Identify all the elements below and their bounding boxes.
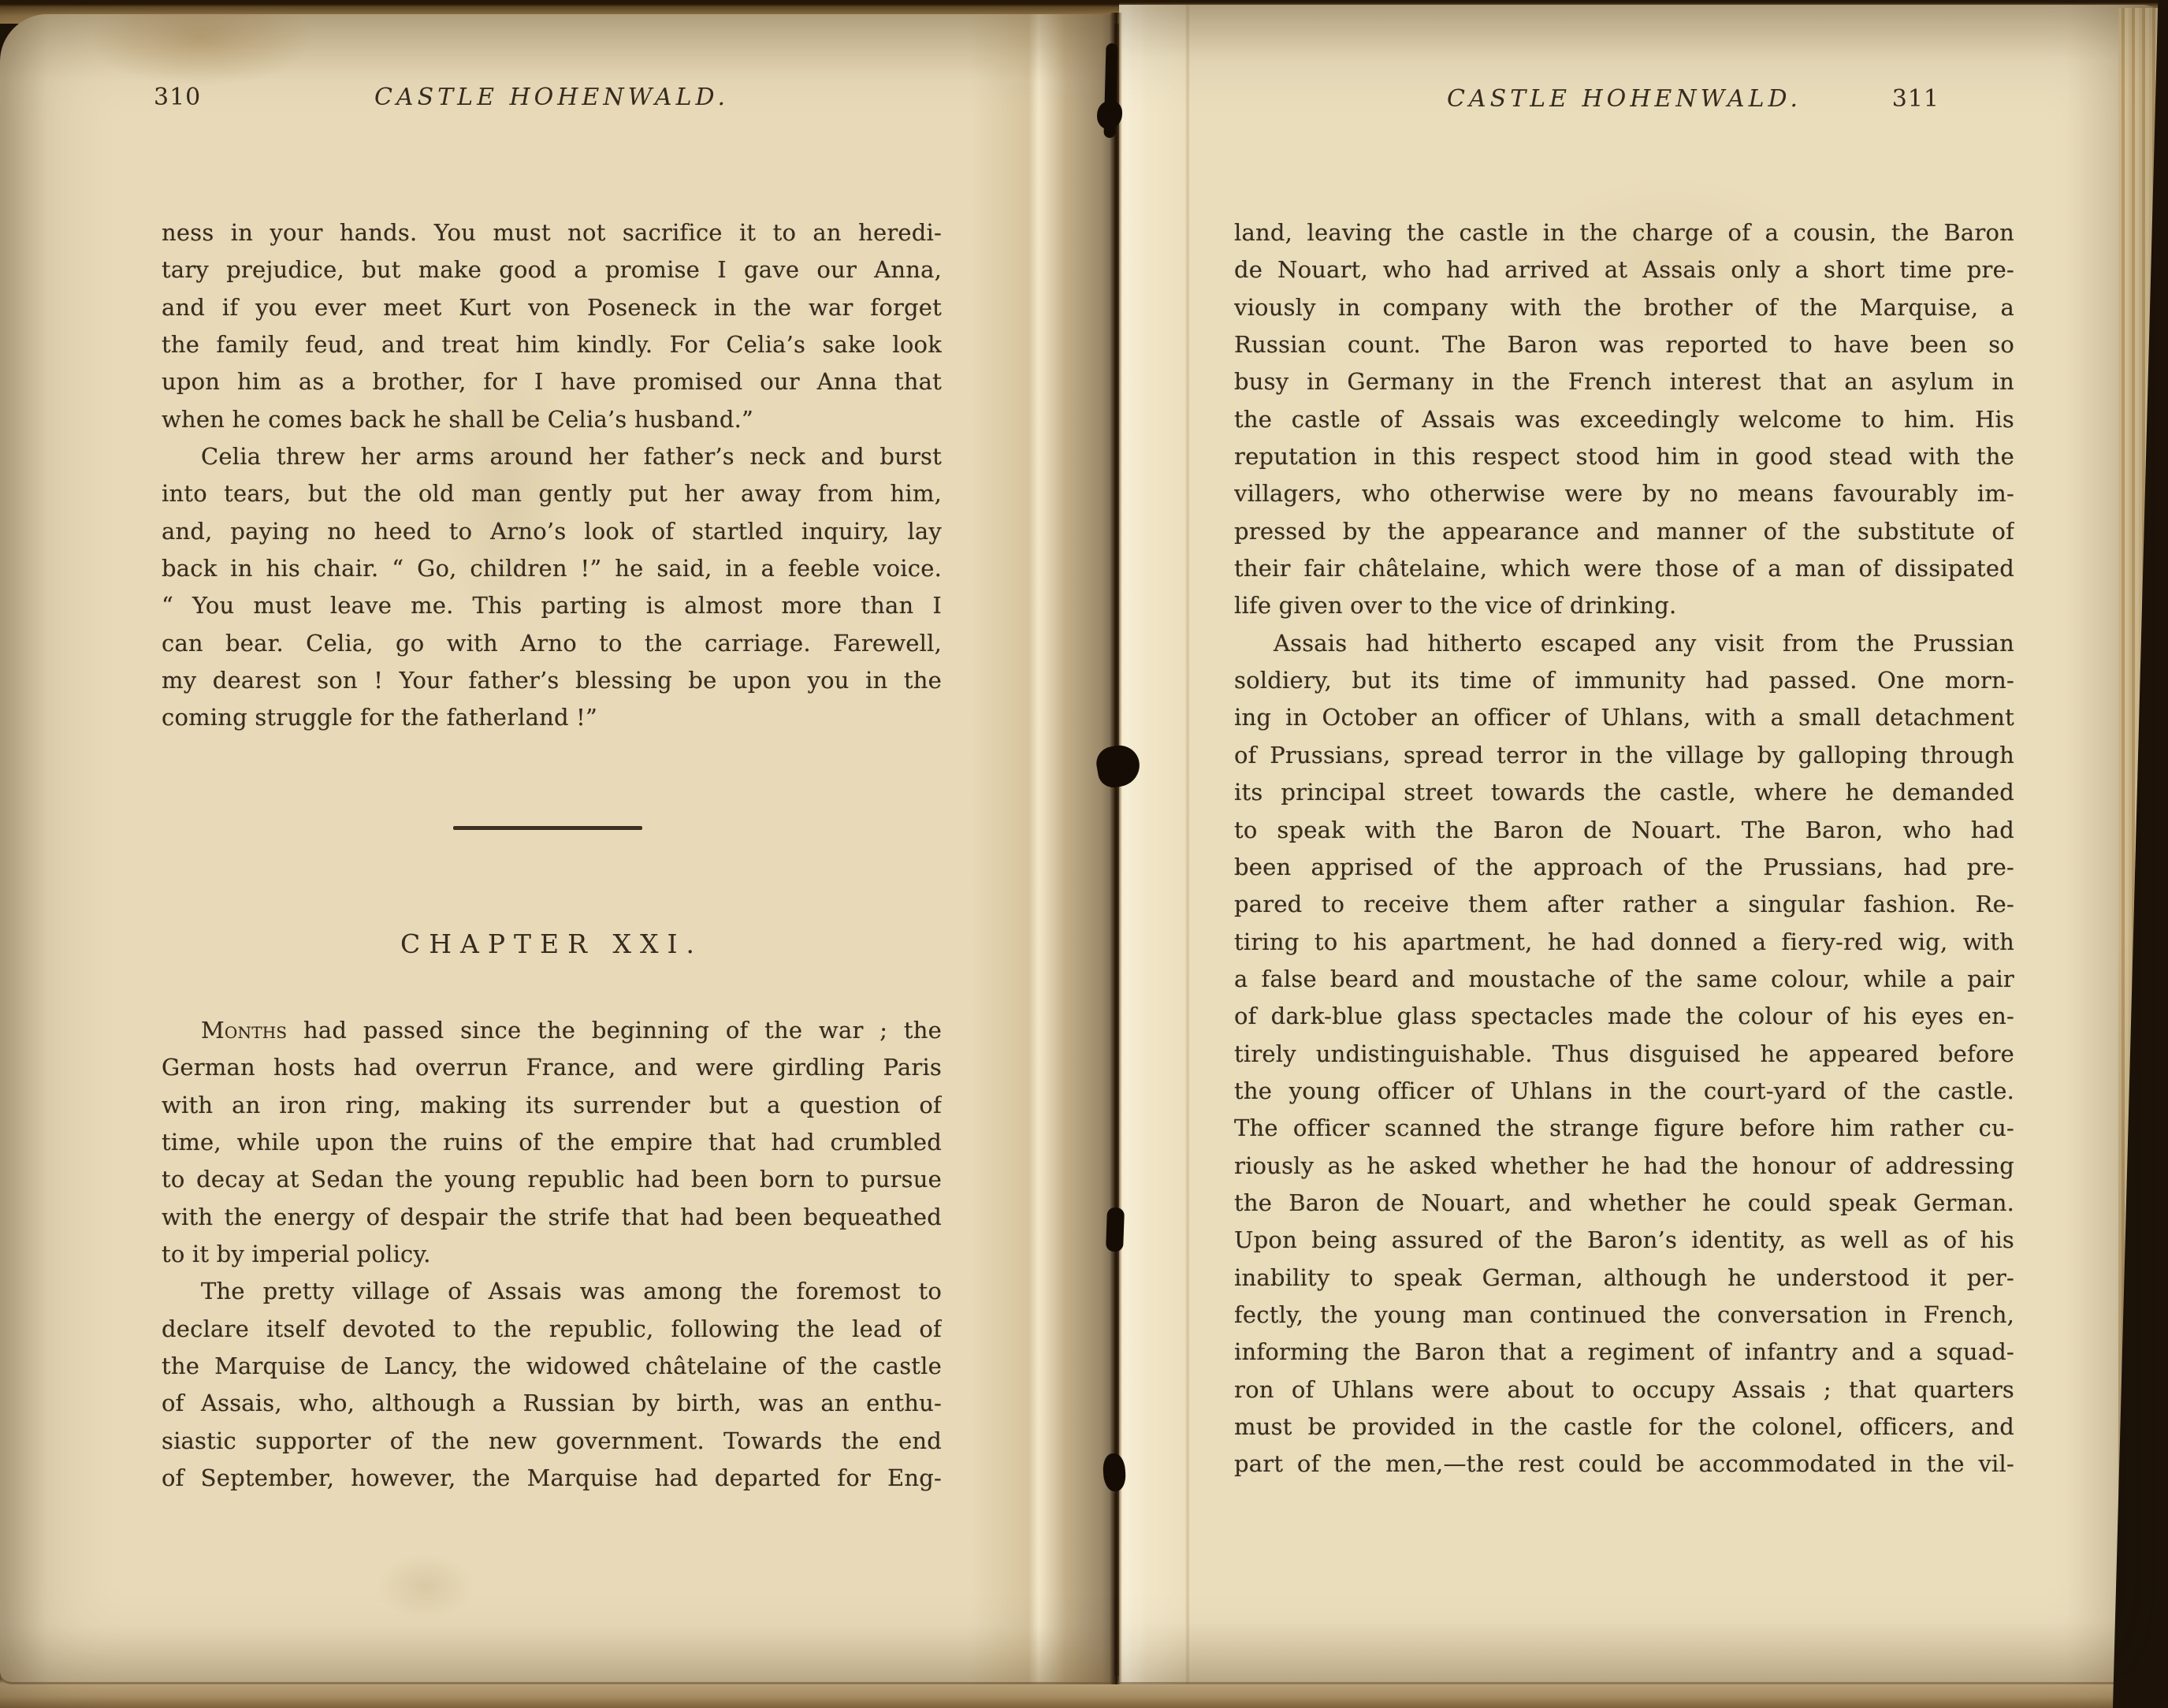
text-line: informing the Baron that a regiment of i… — [1234, 1334, 2014, 1371]
text-line: of September, however, the Marquise had … — [162, 1460, 942, 1497]
text-line: Upon being assured of the Baron’s identi… — [1234, 1222, 2014, 1259]
text-line: siastic supporter of the new government.… — [162, 1423, 942, 1460]
text-line: riously as he asked whether he had the h… — [1234, 1148, 2014, 1185]
text-line: the castle of Assais was exceedingly wel… — [1234, 401, 2014, 438]
running-head-left: CASTLE HOHENWALD. — [162, 84, 942, 111]
left-page-header: 310 CASTLE HOHENWALD. — [162, 84, 942, 117]
text-line: time, while upon the ruins of the empire… — [162, 1124, 942, 1161]
text-line: when he comes back he shall be Celia’s h… — [162, 401, 942, 438]
text-line: to speak with the Baron de Nouart. The B… — [1234, 812, 2014, 849]
text-line: villagers, who otherwise were by no mean… — [1234, 475, 2014, 512]
text-line: viously in company with the brother of t… — [1234, 289, 2014, 326]
text-line: its principal street towards the castle,… — [1234, 774, 2014, 811]
smallcaps-word: Months — [201, 1017, 287, 1044]
text-line-rest: had passed since the beginning of the wa… — [287, 1017, 942, 1044]
text-line: land, leaving the castle in the charge o… — [1234, 214, 2014, 251]
text-line: and, paying no heed to Arno’s look of st… — [162, 513, 942, 550]
text-line: The pretty village of Assais was among t… — [162, 1273, 942, 1310]
text-line: back in his chair. “ Go, children !” he … — [162, 550, 942, 587]
text-line: been apprised of the approach of the Pru… — [1234, 849, 2014, 886]
text-line: fectly, the young man continued the conv… — [1234, 1297, 2014, 1334]
page-number-right: 311 — [1892, 85, 1939, 113]
text-line: life given over to the vice of drinking. — [1234, 587, 2014, 624]
text-line: of Prussians, spread terror in the villa… — [1234, 737, 2014, 774]
text-line: upon him as a brother, for I have promis… — [162, 363, 942, 400]
text-line: the Baron de Nouart, and whether he coul… — [1234, 1185, 2014, 1222]
text-line: the young officer of Uhlans in the court… — [1234, 1073, 2014, 1110]
text-line: can bear. Celia, go with Arno to the car… — [162, 625, 942, 662]
text-line: Assais had hitherto escaped any visit fr… — [1234, 625, 2014, 662]
text-line: must be provided in the castle for the c… — [1234, 1408, 2014, 1446]
text-line: tiring to his apartment, he had donned a… — [1234, 924, 2014, 961]
text-line: The officer scanned the strange figure b… — [1234, 1110, 2014, 1147]
text-line: Russian count. The Baron was reported to… — [1234, 326, 2014, 363]
text-line: “ You must leave me. This parting is alm… — [162, 587, 942, 624]
text-line: de Nouart, who had arrived at Assais onl… — [1234, 251, 2014, 288]
chapter-heading: CHAPTER XXI. — [162, 928, 942, 959]
text-line: busy in Germany in the French interest t… — [1234, 363, 2014, 400]
binding-stitch — [1106, 1208, 1125, 1252]
right-page-header: CASTLE HOHENWALD. 311 — [1234, 85, 2014, 118]
text-line: soldiery, but its time of immunity had p… — [1234, 662, 2014, 699]
text-line: of dark-blue glass spectacles made the c… — [1234, 998, 2014, 1035]
text-line: declare itself devoted to the republic, … — [162, 1311, 942, 1348]
left-page-body-bottom: Months had passed since the beginning of… — [162, 1012, 942, 1497]
text-line: the family feud, and treat him kindly. F… — [162, 326, 942, 363]
text-line: pared to receive them after rather a sin… — [1234, 886, 2014, 923]
text-line: with an iron ring, making its surrender … — [162, 1087, 942, 1124]
text-line: tirely undistinguishable. Thus disguised… — [1234, 1036, 2014, 1073]
text-line: to it by imperial policy. — [162, 1236, 942, 1273]
text-line: Months had passed since the beginning of… — [162, 1012, 942, 1049]
left-page-body-top: ness in your hands. You must not sacrifi… — [162, 214, 942, 737]
text-line: ness in your hands. You must not sacrifi… — [162, 214, 942, 251]
text-line: Celia threw her arms around her father’s… — [162, 438, 942, 475]
text-line: ron of Uhlans were about to occupy Assai… — [1234, 1371, 2014, 1408]
text-line: inability to speak German, although he u… — [1234, 1260, 2014, 1297]
text-line: ing in October an officer of Uhlans, wit… — [1234, 699, 2014, 736]
text-line: coming struggle for the fatherland !” — [162, 699, 942, 736]
text-line: part of the men,—the rest could be accom… — [1234, 1446, 2014, 1483]
text-line: German hosts had overrun France, and wer… — [162, 1049, 942, 1086]
text-line: a false beard and moustache of the same … — [1234, 961, 2014, 998]
text-line: reputation in this respect stood him in … — [1234, 438, 2014, 475]
text-line: with the energy of despair the strife th… — [162, 1199, 942, 1236]
book-scan-photo: 310 CASTLE HOHENWALD. ness in your hands… — [0, 0, 2168, 1708]
binding-gutter — [1110, 13, 1122, 1684]
text-line: into tears, but the old man gently put h… — [162, 475, 942, 512]
text-line: pressed by the appearance and manner of … — [1234, 513, 2014, 550]
text-line: my dearest son ! Your father’s blessing … — [162, 662, 942, 699]
text-line: of Assais, who, although a Russian by bi… — [162, 1385, 942, 1422]
text-line: and if you ever meet Kurt von Poseneck i… — [162, 289, 942, 326]
text-line: tary prejudice, but make good a promise … — [162, 251, 942, 288]
text-line: their fair châtelaine, which were those … — [1234, 550, 2014, 587]
text-line: the Marquise de Lancy, the widowed châte… — [162, 1348, 942, 1385]
right-page-body: land, leaving the castle in the charge o… — [1234, 214, 2014, 1483]
section-divider-rule — [453, 826, 642, 830]
text-line: to decay at Sedan the young republic had… — [162, 1161, 942, 1198]
